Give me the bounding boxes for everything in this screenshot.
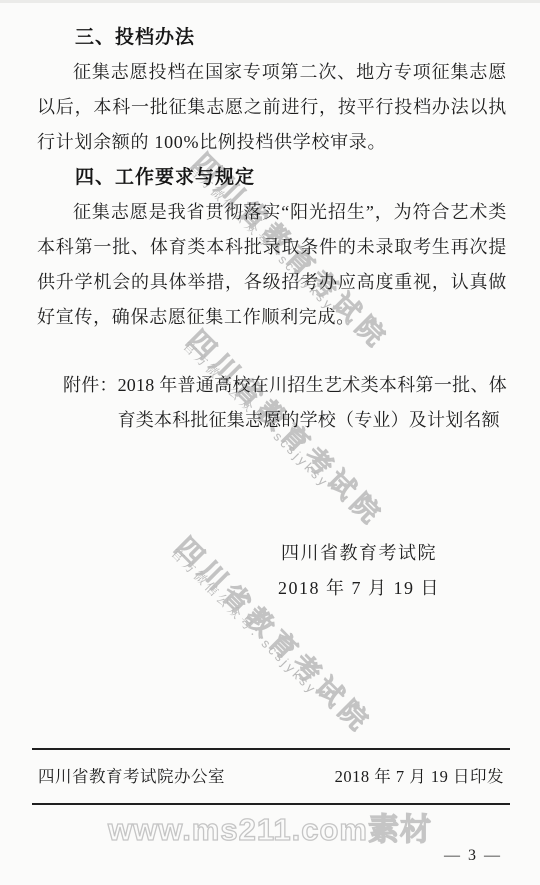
signature-org: 四川省教育考试院 <box>278 536 440 571</box>
attachment-text: 2018 年普通高校在川招生艺术类本科第一批、体育类本科批征集志愿的学校（专业）… <box>118 368 507 438</box>
footer-print-date: 2018 年 7 月 19 日印发 <box>335 766 504 788</box>
document-page: 四川省教育考试院 官方微信公众号：scsjyksy 四川省教育考试院 官方微信公… <box>0 0 540 885</box>
page-number: — 3 — <box>444 845 502 867</box>
heading-filing-method: 三、投档办法 <box>37 20 507 55</box>
paragraph-filing-method: 征集志愿投档在国家专项第二次、地方专项征集志愿以后，本科一批征集志愿之前进行，按… <box>37 55 507 160</box>
attachment-note: 附件： 2018 年普通高校在川招生艺术类本科第一批、体育类本科批征集志愿的学校… <box>63 368 507 438</box>
scan-edge-artifact <box>0 0 540 3</box>
paragraph-work-requirements: 征集志愿是我省贯彻落实“阳光招生”，为符合艺术类本科第一批、体育类本科批录取条件… <box>37 195 507 335</box>
heading-work-requirements: 四、工作要求与规定 <box>37 160 507 195</box>
document-body: 三、投档办法 征集志愿投档在国家专项第二次、地方专项征集志愿以后，本科一批征集志… <box>37 20 507 606</box>
footer-office: 四川省教育考试院办公室 <box>38 766 225 788</box>
attachment-label: 附件： <box>63 368 118 438</box>
signature-date: 2018 年 7 月 19 日 <box>278 571 440 606</box>
signature-block: 四川省教育考试院 2018 年 7 月 19 日 <box>37 536 440 606</box>
document-footer: 四川省教育考试院办公室 2018 年 7 月 19 日印发 <box>32 748 510 805</box>
watermark-site: www.ms211.com素材 <box>0 804 540 849</box>
